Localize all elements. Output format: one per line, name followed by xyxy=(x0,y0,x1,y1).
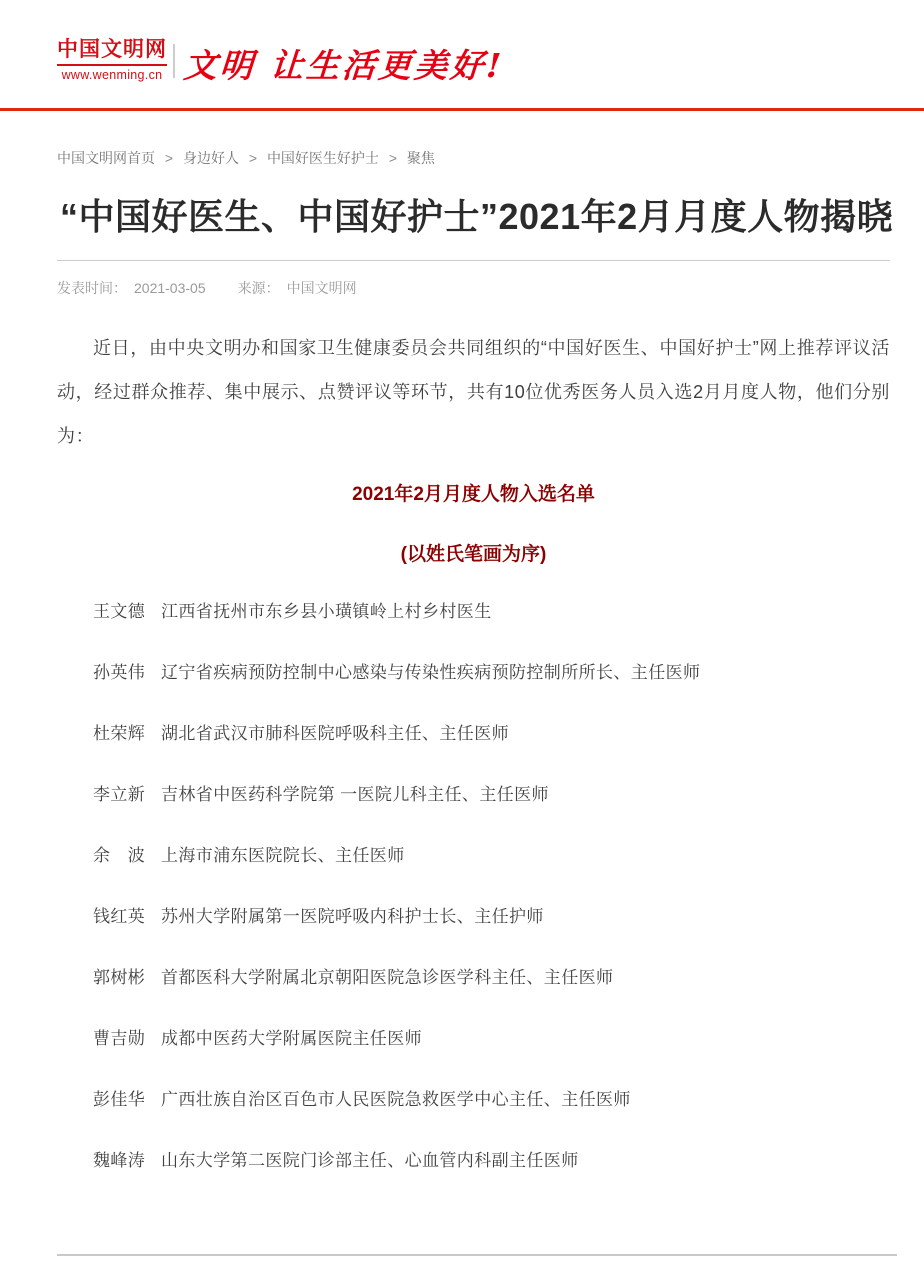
winner-row: 魏峰涛 山东大学第二医院门诊部主任、心血管内科副主任医师 xyxy=(57,1151,890,1171)
winner-row: 余 波 上海市浦东医院院长、主任医师 xyxy=(57,846,890,866)
article-content: 中国文明网首页 > 身边好人 > 中国好医生好护士 > 聚焦 “中国好医生、中国… xyxy=(57,148,890,1171)
winner-name: 彭佳华 xyxy=(93,1090,148,1110)
winner-name: 魏峰涛 xyxy=(93,1151,148,1171)
site-slogan: 文明 让生活更美好! xyxy=(182,40,505,87)
winner-title: 辽宁省疾病预防控制中心感染与传染性疾病预防控制所所长、主任医师 xyxy=(161,663,700,683)
breadcrumb: 中国文明网首页 > 身边好人 > 中国好医生好护士 > 聚焦 xyxy=(57,148,890,168)
winner-row: 王文德 江西省抚州市东乡县小璜镇岭上村乡村医生 xyxy=(57,602,890,622)
winner-row: 孙英伟 辽宁省疾病预防控制中心感染与传染性疾病预防控制所所长、主任医师 xyxy=(57,663,890,683)
winner-row: 杜荣辉 湖北省武汉市肺科医院呼吸科主任、主任医师 xyxy=(57,724,890,744)
winner-title: 上海市浦东医院院长、主任医师 xyxy=(161,846,405,866)
source-value: 中国文明网 xyxy=(287,280,357,296)
title-divider xyxy=(57,260,890,261)
winner-name: 曹吉勋 xyxy=(93,1029,148,1049)
site-logo-url: www.wenming.cn xyxy=(57,68,167,82)
publish-time-label: 发表时间： xyxy=(57,280,127,296)
winner-title: 苏州大学附属第一医院呼吸内科护士长、主任护师 xyxy=(161,907,544,927)
winner-name: 郭树彬 xyxy=(93,968,148,988)
winner-row: 李立新 吉林省中医药科学院第 一医院儿科主任、主任医师 xyxy=(57,785,890,805)
winner-name: 杜荣辉 xyxy=(93,724,148,744)
breadcrumb-separator: > xyxy=(165,150,173,166)
breadcrumb-separator: > xyxy=(389,150,397,166)
winner-name: 王文德 xyxy=(93,602,148,622)
source-label: 来源： xyxy=(238,280,280,296)
winner-name: 钱红英 xyxy=(93,907,148,927)
article-meta: 发表时间：2021-03-05来源：中国文明网 xyxy=(57,278,890,298)
header-vertical-divider xyxy=(173,44,175,78)
breadcrumb-item-home[interactable]: 中国文明网首页 xyxy=(57,150,155,166)
winner-title: 江西省抚州市东乡县小璜镇岭上村乡村医生 xyxy=(161,602,492,622)
article-title: “中国好医生、中国好护士”2021年2月月度人物揭晓 xyxy=(60,195,890,238)
winner-title: 广西壮族自治区百色市人民医院急救医学中心主任、主任医师 xyxy=(161,1090,631,1110)
winner-name: 余 波 xyxy=(93,846,148,866)
publish-time-value: 2021-03-05 xyxy=(134,280,206,296)
winner-title: 成都中医药大学附属医院主任医师 xyxy=(161,1029,422,1049)
site-header: 中国文明网 www.wenming.cn 文明 让生活更美好! xyxy=(0,0,924,108)
winner-list: 王文德 江西省抚州市东乡县小璜镇岭上村乡村医生 孙英伟 辽宁省疾病预防控制中心感… xyxy=(57,602,890,1171)
breadcrumb-item-good-people[interactable]: 身边好人 xyxy=(183,150,239,166)
list-note: (以姓氏笔画为序) xyxy=(57,545,890,565)
winner-row: 曹吉勋 成都中医药大学附属医院主任医师 xyxy=(57,1029,890,1049)
winner-name: 孙英伟 xyxy=(93,663,148,683)
winner-title: 湖北省武汉市肺科医院呼吸科主任、主任医师 xyxy=(161,724,509,744)
article-intro: 近日，由中央文明办和国家卫生健康委员会共同组织的“中国好医生、中国好护士”网上推… xyxy=(57,326,890,458)
bottom-divider xyxy=(57,1254,897,1256)
breadcrumb-item-good-doctor-nurse[interactable]: 中国好医生好护士 xyxy=(267,150,379,166)
winner-row: 钱红英 苏州大学附属第一医院呼吸内科护士长、主任护师 xyxy=(57,907,890,927)
winner-title: 山东大学第二医院门诊部主任、心血管内科副主任医师 xyxy=(161,1151,579,1171)
list-title: 2021年2月月度人物入选名单 xyxy=(57,485,890,505)
site-logo-title: 中国文明网 xyxy=(57,38,167,66)
winner-row: 郭树彬 首都医科大学附属北京朝阳医院急诊医学科主任、主任医师 xyxy=(57,968,890,988)
winner-title: 吉林省中医药科学院第 一医院儿科主任、主任医师 xyxy=(161,785,549,805)
breadcrumb-separator: > xyxy=(249,150,257,166)
header-red-line xyxy=(0,108,924,111)
winner-title: 首都医科大学附属北京朝阳医院急诊医学科主任、主任医师 xyxy=(161,968,613,988)
winner-name: 李立新 xyxy=(93,785,148,805)
breadcrumb-item-focus[interactable]: 聚焦 xyxy=(407,150,435,166)
site-logo[interactable]: 中国文明网 www.wenming.cn xyxy=(57,38,167,82)
winner-row: 彭佳华 广西壮族自治区百色市人民医院急救医学中心主任、主任医师 xyxy=(57,1090,890,1110)
